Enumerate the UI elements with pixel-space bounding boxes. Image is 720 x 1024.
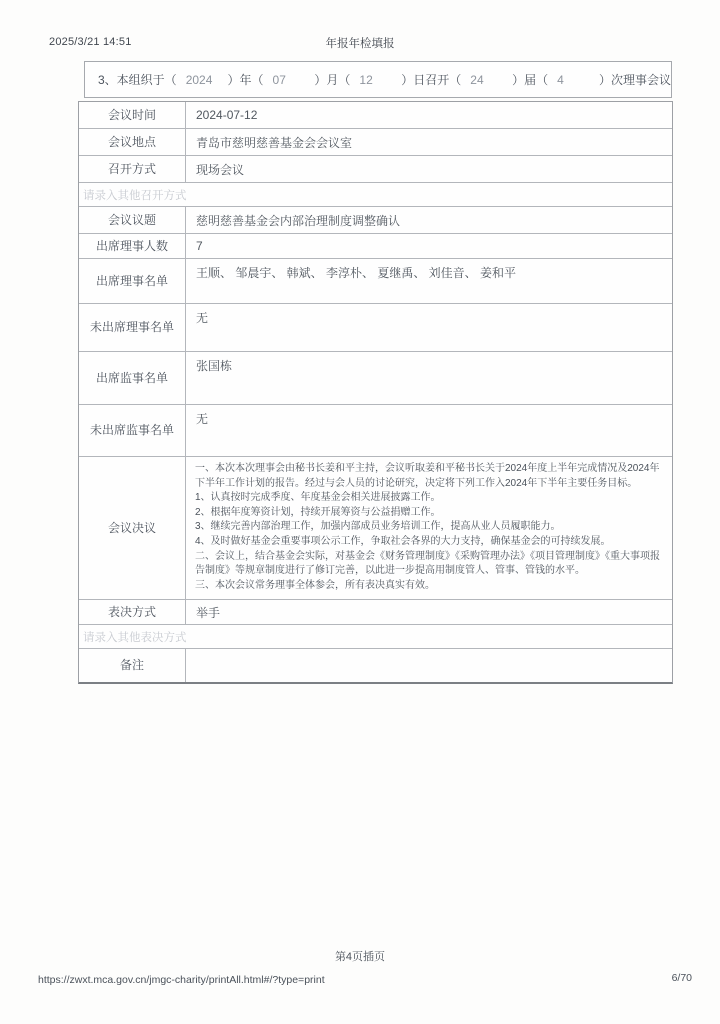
form-row-resolution: 会议决议 一、本次本次理事会由秘书长姜和平主持，会议听取姜和平秘书长关于2024… [79, 457, 672, 600]
voting-method-label: 表决方式 [79, 600, 186, 624]
meeting-mode-label: 召开方式 [79, 156, 186, 182]
meeting-topic-value: 慈明慈善基金会内部治理制度调整确认 [186, 207, 672, 233]
meeting-header-suffix: ）次理事会议 [599, 71, 671, 88]
absent-supervisors-label: 未出席监事名单 [79, 405, 186, 456]
form-row-attending-supervisors: 出席监事名单 张国栋 [79, 352, 672, 405]
meeting-topic-label: 会议议题 [79, 207, 186, 233]
meeting-header-sep-year: ）年（ [228, 71, 264, 88]
meeting-header-sep-day: ）日召开（ [401, 71, 461, 88]
form-row-absent-supervisors: 未出席监事名单 无 [79, 405, 672, 457]
form-row-voting-method: 表决方式 举手 [79, 600, 672, 625]
meeting-header-row: 3、本组织于（ 2024 ）年（ 07 ）月（ 12 ）日召开（ 24 ）届（ … [84, 61, 672, 98]
remarks-label: 备注 [79, 649, 186, 682]
footer-url: https://zwxt.mca.gov.cn/jmgc-charity/pri… [38, 974, 325, 986]
meeting-place-label: 会议地点 [79, 129, 186, 155]
meeting-place-value: 青岛市慈明慈善基金会会议室 [186, 129, 672, 155]
print-header: 2025/3/21 14:51 年报年检填报 [0, 35, 720, 51]
print-page: 2025/3/21 14:51 年报年检填报 3、本组织于（ 2024 ）年（ … [0, 0, 720, 1024]
meeting-time-value: 2024-07-12 [186, 102, 672, 128]
meeting-times-value: 4 [548, 73, 599, 87]
meeting-header-sep-session: ）届（ [512, 71, 548, 88]
absent-supervisors-value: 无 [186, 405, 672, 456]
form-row-meeting-time: 会议时间 2024-07-12 [79, 102, 672, 129]
attending-supervisors-value: 张国栋 [186, 352, 672, 404]
page-insert-label: 第4页插页 [0, 948, 720, 964]
absent-directors-value: 无 [186, 304, 672, 351]
remarks-value [186, 649, 672, 682]
meeting-header-sep-month: ）月（ [314, 71, 350, 88]
attending-directors-count-value: 7 [186, 234, 672, 258]
form-row-meeting-topic: 会议议题 慈明慈善基金会内部治理制度调整确认 [79, 207, 672, 234]
meeting-year-value: 2024 [177, 73, 228, 87]
attending-directors-label: 出席理事名单 [79, 259, 186, 303]
absent-directors-label: 未出席理事名单 [79, 304, 186, 351]
meeting-session-value: 24 [461, 73, 512, 87]
meeting-mode-value: 现场会议 [186, 156, 672, 182]
form-row-attending-directors-count: 出席理事人数 7 [79, 234, 672, 259]
form-row-meeting-place: 会议地点 青岛市慈明慈善基金会会议室 [79, 129, 672, 156]
form-row-other-voting-placeholder: 请录入其他表决方式 [79, 625, 672, 649]
form-row-meeting-mode: 召开方式 现场会议 [79, 156, 672, 183]
resolution-label: 会议决议 [79, 457, 186, 599]
other-mode-placeholder-text: 请录入其他召开方式 [83, 187, 187, 203]
footer-page-indicator: 6/70 [672, 972, 692, 984]
print-datetime: 2025/3/21 14:51 [49, 36, 132, 48]
resolution-text: 一、本次本次理事会由秘书长姜和平主持，会议听取姜和平秘书长关于2024年度上半年… [186, 457, 672, 599]
meeting-header-prefix: 3、本组织于（ [98, 71, 177, 88]
meeting-month-value: 07 [264, 73, 315, 87]
attending-directors-count-label: 出席理事人数 [79, 234, 186, 258]
form-row-remarks: 备注 [79, 649, 672, 682]
voting-method-value: 举手 [186, 600, 672, 624]
meeting-day-value: 12 [350, 73, 401, 87]
form-row-attending-directors: 出席理事名单 王顺、 邹晨宇、 韩斌、 李淳朴、 夏继禹、 刘佳音、 姜和平 [79, 259, 672, 304]
form-row-other-mode-placeholder: 请录入其他召开方式 [79, 183, 672, 207]
form-row-absent-directors: 未出席理事名单 无 [79, 304, 672, 352]
attending-directors-value: 王顺、 邹晨宇、 韩斌、 李淳朴、 夏继禹、 刘佳音、 姜和平 [186, 259, 672, 303]
meeting-detail-table: 会议时间 2024-07-12 会议地点 青岛市慈明慈善基金会会议室 召开方式 … [78, 101, 673, 684]
other-voting-placeholder-text: 请录入其他表决方式 [83, 629, 187, 645]
meeting-time-label: 会议时间 [79, 102, 186, 128]
attending-supervisors-label: 出席监事名单 [79, 352, 186, 404]
